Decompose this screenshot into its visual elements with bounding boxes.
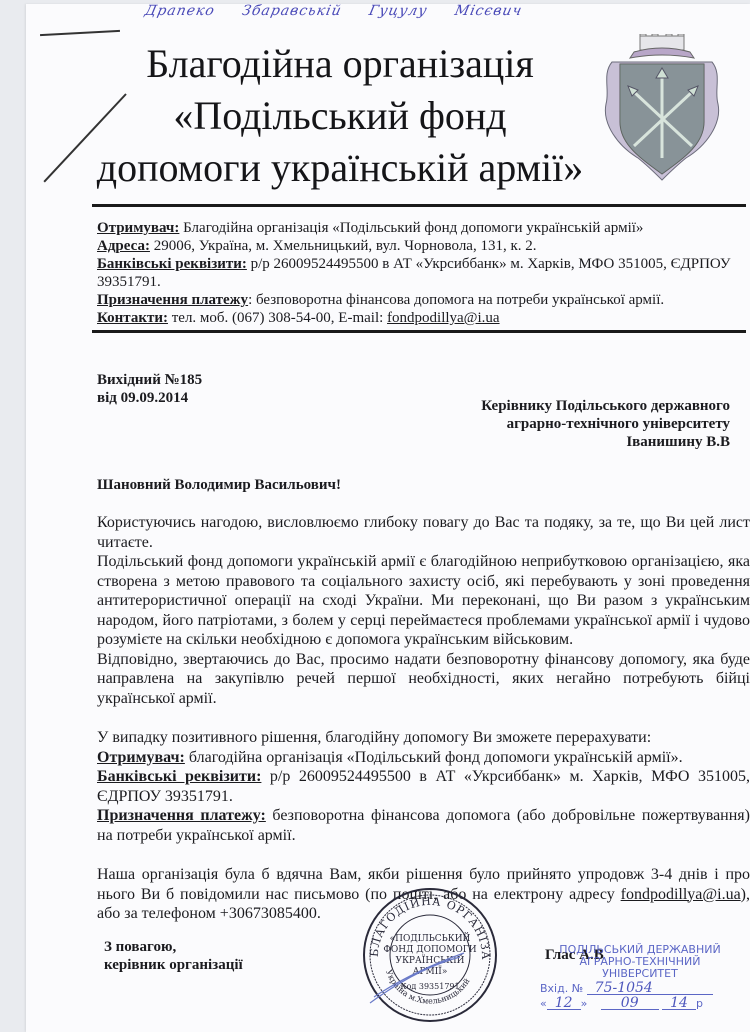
contacts-line: Контакти: тел. моб. (067) 308-54-00, E-m… bbox=[97, 309, 737, 327]
incoming-registration-stamp: ПОДІЛЬСЬКИЙ ДЕРЖАВНИЙ АГРАРНО-ТЕХНІЧНИЙ … bbox=[540, 944, 740, 1010]
address-value: 29006, Україна, м. Хмельницький, вул. Чо… bbox=[150, 238, 537, 254]
email-link[interactable]: fondpodillya@i.ua bbox=[387, 310, 500, 326]
bank-line: Банківські реквізити: р/р 26009524495500… bbox=[97, 255, 737, 291]
stamp-inner-1: «ПОДІЛЬСЬКИЙ bbox=[390, 932, 471, 944]
body-bank-line: Банківські реквізити: р/р 26009524495500… bbox=[97, 767, 750, 806]
paragraph-2: Подільський фонд допомоги українській ар… bbox=[97, 552, 750, 650]
organization-stamp-icon: БЛАГОДІЙНА ОРГАНІЗАЦІЯ Україна м.Хмельни… bbox=[360, 885, 500, 1025]
incoming-date-row: «12» 09 14р bbox=[540, 997, 740, 1010]
body-bank-label: Банківські реквізити: bbox=[97, 768, 261, 785]
closing-block: З повагою, керівник організації bbox=[104, 938, 243, 974]
stamp-inner-3: УКРАЇНСЬКІЙ bbox=[395, 954, 464, 966]
recipient-line: Отримувач: Благодійна організація «Поділ… bbox=[97, 219, 737, 237]
body-recipient-value: благодійна організація «Подільський фонд… bbox=[185, 749, 683, 766]
addressee-line-3: Іванишину В.В bbox=[481, 433, 730, 451]
paragraph-3: Відповідно, звертаючись до Вас, просимо … bbox=[97, 650, 750, 709]
title-line-2: «Подільський фонд bbox=[90, 90, 590, 142]
purpose-value: : безповоротна фінансова допомога на пот… bbox=[248, 292, 664, 308]
body-recipient-line: Отримувач: благодійна організація «Поділ… bbox=[97, 748, 750, 768]
addressee-line-2: аграрно-технічного університету bbox=[481, 415, 730, 433]
purpose-line: Призначення платежу: безповоротна фінанс… bbox=[97, 291, 737, 309]
closing-line-1: З повагою, bbox=[104, 938, 243, 956]
greeting: Шановний Володимир Васильович! bbox=[97, 477, 341, 494]
purpose-label: Призначення платежу bbox=[97, 292, 248, 308]
addressee-block: Керівнику Подільського державного аграрн… bbox=[481, 397, 730, 451]
letter-body: Користуючись нагодою, висловлюємо глибок… bbox=[97, 513, 750, 924]
outgoing-number-value: Вихідний №185 bbox=[97, 371, 202, 389]
header-divider-bottom bbox=[92, 330, 746, 333]
incoming-day: 12 bbox=[547, 997, 581, 1010]
incoming-year-suffix: р bbox=[696, 997, 703, 1010]
handwritten-note: Драпеко Збаравській Гуцулу Місєвич bbox=[143, 3, 524, 19]
contacts-label: Контакти: bbox=[97, 310, 168, 326]
outgoing-number: Вихідний №185 від 09.09.2014 bbox=[97, 371, 202, 407]
paragraph-1: Користуючись нагодою, висловлюємо глибок… bbox=[97, 513, 750, 552]
addressee-line-1: Керівнику Подільського державного bbox=[481, 397, 730, 415]
closing-line-2: керівник організації bbox=[104, 956, 243, 974]
address-line: Адреса: 29006, Україна, м. Хмельницький,… bbox=[97, 237, 737, 255]
recipient-label: Отримувач: bbox=[97, 220, 179, 236]
coat-of-arms-icon bbox=[598, 34, 726, 184]
requisites-block: Отримувач: Благодійна організація «Поділ… bbox=[97, 219, 737, 327]
incoming-number-label: Вхід. № bbox=[540, 982, 583, 995]
incoming-stamp-line-3: УНІВЕРСИТЕТ bbox=[540, 968, 740, 980]
incoming-month: 09 bbox=[601, 997, 659, 1010]
address-label: Адреса: bbox=[97, 238, 150, 254]
title-line-1: Благодійна організація bbox=[90, 38, 590, 90]
body-purpose-label: Призначення платежу: bbox=[97, 807, 266, 824]
incoming-number-value: 75-1054 bbox=[587, 982, 713, 995]
recipient-value: Благодійна організація «Подільський фонд… bbox=[179, 220, 643, 236]
outgoing-date: від 09.09.2014 bbox=[97, 389, 202, 407]
title-line-3: допомоги українській армії» bbox=[90, 142, 590, 194]
organization-title: Благодійна організація «Подільський фонд… bbox=[90, 38, 590, 194]
body-recipient-label: Отримувач: bbox=[97, 749, 185, 766]
paragraph-4: У випадку позитивного рішення, благодійн… bbox=[97, 728, 750, 748]
header-divider-top bbox=[92, 204, 746, 207]
bank-label: Банківські реквізити: bbox=[97, 256, 247, 272]
incoming-number-row: Вхід. № 75-1054 bbox=[540, 982, 740, 995]
body-purpose-line: Призначення платежу: безповоротна фінанс… bbox=[97, 806, 750, 845]
incoming-year: 14 bbox=[662, 997, 696, 1010]
stamp-code: Код 39351791 bbox=[400, 982, 459, 991]
contacts-value: тел. моб. (067) 308-54-00, E-mail: bbox=[168, 310, 387, 326]
body-email-link[interactable]: fondpodillya@i.ua bbox=[621, 886, 741, 903]
